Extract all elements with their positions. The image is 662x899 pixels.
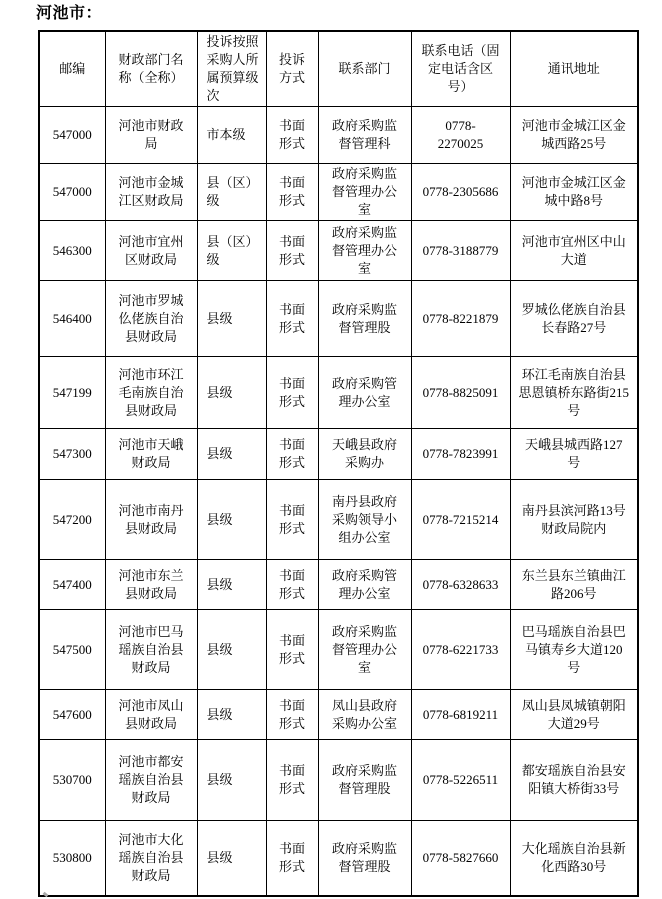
- cell-dept: 政府采购监 督管理股: [318, 821, 411, 896]
- cell-name: 河池市财政 局: [105, 107, 197, 164]
- cell-address: 河池市宜州区中山 大道: [510, 221, 638, 281]
- cell-address: 环江毛南族自治县 思恩镇桥东路街215 号: [510, 357, 638, 429]
- cell-level: 市本级: [197, 107, 266, 164]
- table-row: 530800河池市大化 瑶族自治县 财政局县级书面 形式政府采购监 督管理股07…: [39, 821, 638, 896]
- cell-name: 河池市南丹 县财政局: [105, 480, 197, 560]
- cell-address: 天峨县城西路127 号: [510, 429, 638, 480]
- table-row: 547199河池市环江 毛南族自治 县财政局县级书面 形式政府采购管 理办公室0…: [39, 357, 638, 429]
- cell-dept: 政府采购管 理办公室: [318, 560, 411, 610]
- cell-postal: 547300: [39, 429, 105, 480]
- document-page: 河池市： 邮编财政部门名 称（全称）投诉按照 采购人所 属预算级 次投诉 方式联…: [0, 0, 662, 899]
- cell-level: 县级: [197, 821, 266, 896]
- cell-postal: 547200: [39, 480, 105, 560]
- header-cell-level: 投诉按照 采购人所 属预算级 次: [197, 31, 266, 107]
- cell-name: 河池市金城 江区财政局: [105, 164, 197, 221]
- cell-method: 书面 形式: [266, 164, 318, 221]
- cell-postal: 530800: [39, 821, 105, 896]
- page-title: 河池市：: [36, 3, 102, 24]
- header-cell-name: 财政部门名 称（全称）: [105, 31, 197, 107]
- cell-dept: 南丹县政府 采购领导小 组办公室: [318, 480, 411, 560]
- cell-method: 书面 形式: [266, 107, 318, 164]
- cell-dept: 政府采购监 督管理股: [318, 740, 411, 821]
- cell-level: 县级: [197, 429, 266, 480]
- cell-postal: 546300: [39, 221, 105, 281]
- cell-address: 凤山县凤城镇朝阳 大道29号: [510, 690, 638, 740]
- header-cell-phone: 联系电话（固 定电话含区 号）: [411, 31, 510, 107]
- cell-name: 河池市都安 瑶族自治县 财政局: [105, 740, 197, 821]
- cell-postal: 547000: [39, 107, 105, 164]
- cell-phone: 0778-6328633: [411, 560, 510, 610]
- header-cell-postal: 邮编: [39, 31, 105, 107]
- cell-phone: 0778-8221879: [411, 281, 510, 357]
- cell-method: 书面 形式: [266, 480, 318, 560]
- table-row: 546400河池市罗城 仫佬族自治 县财政局县级书面 形式政府采购监 督管理股0…: [39, 281, 638, 357]
- cell-dept: 政府采购监 督管理办公 室: [318, 221, 411, 281]
- cell-level: 县级: [197, 560, 266, 610]
- cell-postal: 547500: [39, 610, 105, 690]
- cell-postal: 530700: [39, 740, 105, 821]
- cell-postal: 546400: [39, 281, 105, 357]
- cell-name: 河池市凤山 县财政局: [105, 690, 197, 740]
- header-cell-dept: 联系部门: [318, 31, 411, 107]
- table-row: 547200河池市南丹 县财政局县级书面 形式南丹县政府 采购领导小 组办公室0…: [39, 480, 638, 560]
- cell-method: 书面 形式: [266, 357, 318, 429]
- table-row: 547600河池市凤山 县财政局县级书面 形式凤山县政府 采购办公室0778-6…: [39, 690, 638, 740]
- cell-postal: 547600: [39, 690, 105, 740]
- table-row: 547300河池市天峨 财政局县级书面 形式天峨县政府 采购办0778-7823…: [39, 429, 638, 480]
- cell-address: 巴马瑶族自治县巴 马镇寿乡大道120 号: [510, 610, 638, 690]
- cell-level: 县级: [197, 690, 266, 740]
- cell-level: 县级: [197, 357, 266, 429]
- cell-method: 书面 形式: [266, 821, 318, 896]
- cell-address: 南丹县滨河路13号 财政局院内: [510, 480, 638, 560]
- cell-level: 县级: [197, 610, 266, 690]
- cell-method: 书面 形式: [266, 560, 318, 610]
- cell-method: 书面 形式: [266, 281, 318, 357]
- table-row: 530700河池市都安 瑶族自治县 财政局县级书面 形式政府采购监 督管理股07…: [39, 740, 638, 821]
- cell-method: 书面 形式: [266, 429, 318, 480]
- cell-dept: 凤山县政府 采购办公室: [318, 690, 411, 740]
- cell-phone: 0778- 2270025: [411, 107, 510, 164]
- cell-method: 书面 形式: [266, 740, 318, 821]
- cell-name: 河池市宜州 区财政局: [105, 221, 197, 281]
- header-cell-address: 通讯地址: [510, 31, 638, 107]
- cell-phone: 0778-8825091: [411, 357, 510, 429]
- cell-level: 县（区） 级: [197, 221, 266, 281]
- cell-phone: 0778-5827660: [411, 821, 510, 896]
- cell-postal: 547000: [39, 164, 105, 221]
- cell-level: 县级: [197, 281, 266, 357]
- hechi-finance-contact-table: 邮编财政部门名 称（全称）投诉按照 采购人所 属预算级 次投诉 方式联系部门联系…: [38, 30, 639, 897]
- cell-phone: 0778-2305686: [411, 164, 510, 221]
- header-cell-method: 投诉 方式: [266, 31, 318, 107]
- cell-phone: 0778-6819211: [411, 690, 510, 740]
- cell-dept: 政府采购监 督管理科: [318, 107, 411, 164]
- cell-level: 县（区） 级: [197, 164, 266, 221]
- cell-method: 书面 形式: [266, 690, 318, 740]
- cell-level: 县级: [197, 480, 266, 560]
- cell-phone: 0778-3188779: [411, 221, 510, 281]
- cell-phone: 0778-7823991: [411, 429, 510, 480]
- table-row: 546300河池市宜州 区财政局县（区） 级书面 形式政府采购监 督管理办公 室…: [39, 221, 638, 281]
- cell-address: 河池市金城江区金 城西路25号: [510, 107, 638, 164]
- cell-name: 河池市罗城 仫佬族自治 县财政局: [105, 281, 197, 357]
- cell-address: 河池市金城江区金 城中路8号: [510, 164, 638, 221]
- cell-name: 河池市天峨 财政局: [105, 429, 197, 480]
- cell-address: 都安瑶族自治县安 阳镇大桥街33号: [510, 740, 638, 821]
- table-row: 547000河池市金城 江区财政局县（区） 级书面 形式政府采购监 督管理办公 …: [39, 164, 638, 221]
- cell-dept: 政府采购监 督管理办公 室: [318, 610, 411, 690]
- cell-level: 县级: [197, 740, 266, 821]
- cell-phone: 0778-5226511: [411, 740, 510, 821]
- cell-dept: 政府采购监 督管理办公 室: [318, 164, 411, 221]
- cell-phone: 0778-7215214: [411, 480, 510, 560]
- cell-name: 河池市巴马 瑶族自治县 财政局: [105, 610, 197, 690]
- cell-address: 罗城仫佬族自治县 长春路27号: [510, 281, 638, 357]
- cell-name: 河池市环江 毛南族自治 县财政局: [105, 357, 197, 429]
- header-row: 邮编财政部门名 称（全称）投诉按照 采购人所 属预算级 次投诉 方式联系部门联系…: [39, 31, 638, 107]
- table-row: 547500河池市巴马 瑶族自治县 财政局县级书面 形式政府采购监 督管理办公 …: [39, 610, 638, 690]
- cell-postal: 547400: [39, 560, 105, 610]
- table-row: 547400河池市东兰 县财政局县级书面 形式政府采购管 理办公室0778-63…: [39, 560, 638, 610]
- cell-address: 大化瑶族自治县新 化西路30号: [510, 821, 638, 896]
- cell-address: 东兰县东兰镇曲江 路206号: [510, 560, 638, 610]
- cell-postal: 547199: [39, 357, 105, 429]
- cell-method: 书面 形式: [266, 610, 318, 690]
- table-row: 547000河池市财政 局市本级书面 形式政府采购监 督管理科0778- 227…: [39, 107, 638, 164]
- cell-name: 河池市东兰 县财政局: [105, 560, 197, 610]
- cell-dept: 天峨县政府 采购办: [318, 429, 411, 480]
- cell-name: 河池市大化 瑶族自治县 财政局: [105, 821, 197, 896]
- cell-dept: 政府采购管 理办公室: [318, 357, 411, 429]
- cell-method: 书面 形式: [266, 221, 318, 281]
- cell-dept: 政府采购监 督管理股: [318, 281, 411, 357]
- cell-phone: 0778-6221733: [411, 610, 510, 690]
